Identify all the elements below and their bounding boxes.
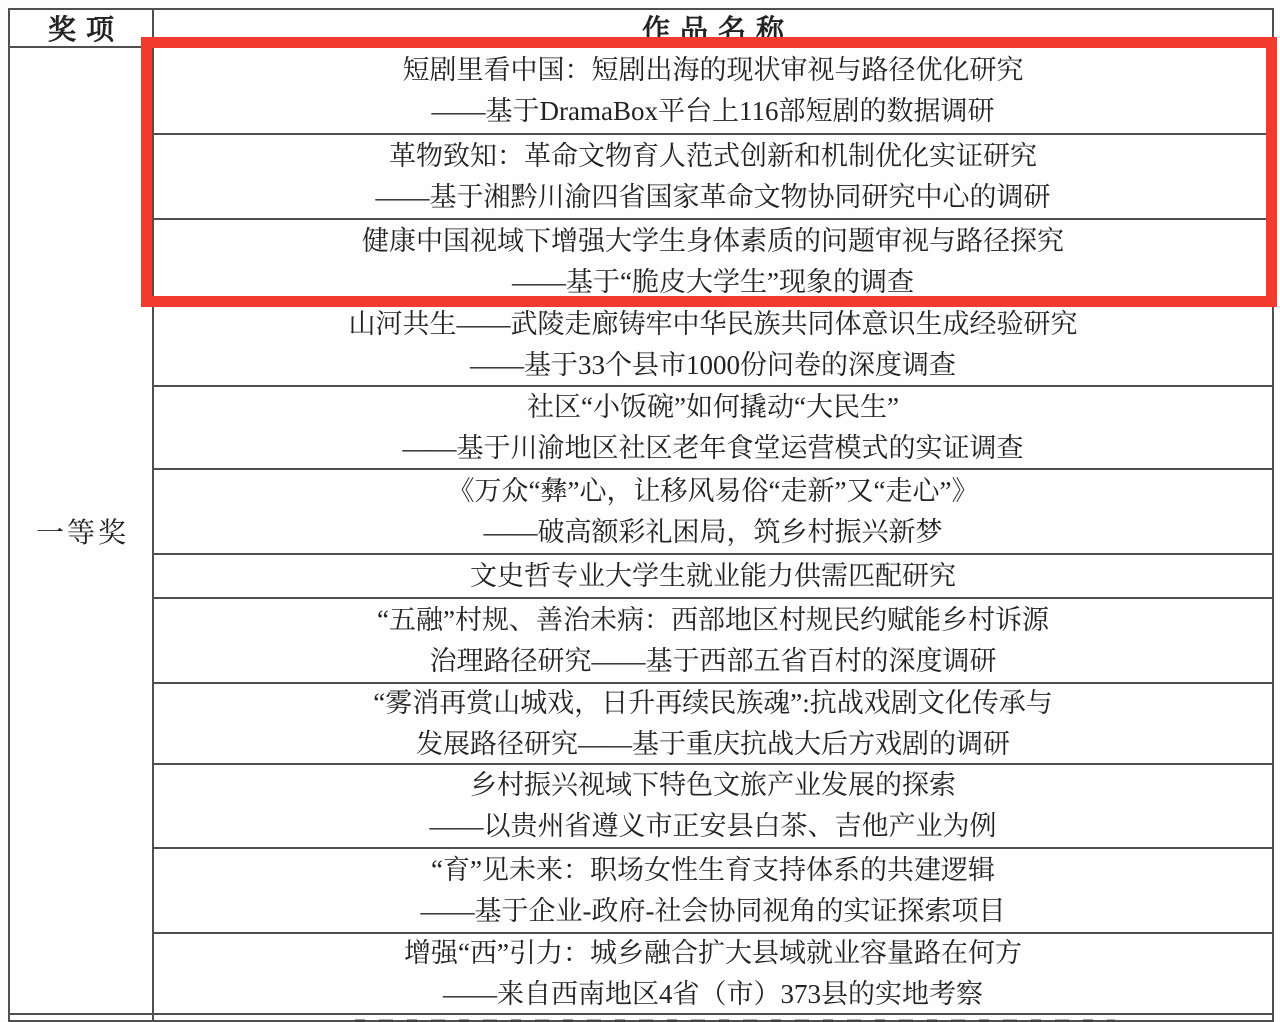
work-title-line: 健康中国视域下增强大学生身体素质的问题审视与路径探究 (362, 221, 1064, 262)
work-title-line: 乡村振兴视域下特色文旅产业发展的探索 (470, 765, 956, 806)
table-row: 乡村振兴视域下特色文旅产业发展的探索 ——以贵州省遵义市正安县白茶、吉他产业为例 (154, 765, 1272, 849)
table-row: 短剧里看中国：短剧出海的现状审视与路径优化研究 ——基于DramaBox平台上1… (154, 48, 1272, 135)
award-table: 奖项 作品名称 一等奖 短剧里看中国：短剧出海的现状审视与路径优化研究 ——基于… (8, 8, 1274, 1022)
work-subtitle-line: ——破高额彩礼困局，筑乡村振兴新梦 (484, 512, 943, 553)
table-row: “雾消再赏山城戏，日升再续民族魂”:抗战戏剧文化传承与 发展路径研究——基于重庆… (154, 684, 1272, 765)
table-row: 增强“西”引力：城乡融合扩大县域就业容量路在何方 ——来自西南地区4省（市）37… (154, 934, 1272, 1015)
table-row: 社区“小饭碗”如何撬动“大民生” ——基于川渝地区社区老年食堂运营模式的实证调查 (154, 387, 1272, 470)
work-title-line: 短剧里看中国：短剧出海的现状审视与路径优化研究 (403, 50, 1024, 91)
work-subtitle-line: ——基于33个县市1000份问卷的深度调查 (470, 345, 956, 386)
table-row: 《万众“彝”心，让移风易俗“走新”又“走心”》 ——破高额彩礼困局，筑乡村振兴新… (154, 470, 1272, 555)
table-row: 文史哲专业大学生就业能力供需匹配研究 (154, 555, 1272, 599)
work-title-line: 《万众“彝”心，让移风易俗“走新”又“走心”》 (448, 471, 979, 512)
work-title-line: 社区“小饭碗”如何撬动“大民生” (527, 387, 899, 428)
work-title-line: “育”见未来：职场女性生育支持体系的共建逻辑 (431, 850, 995, 891)
work-title-line: “五融”村规、善治未病：西部地区村规民约赋能乡村诉源 (377, 600, 1049, 641)
work-title-line: 山河共生——武陵走廊铸牢中华民族共同体意识生成经验研究 (349, 305, 1078, 345)
clipped-bottom-row (154, 1015, 1272, 1022)
work-subtitle-line: 发展路径研究——基于重庆抗战大后方戏剧的调研 (416, 724, 1010, 765)
work-title-line: 增强“西”引力：城乡融合扩大县域就业容量路在何方 (404, 934, 1022, 974)
document-page: 奖项 作品名称 一等奖 短剧里看中国：短剧出海的现状审视与路径优化研究 ——基于… (0, 0, 1280, 1022)
table-row: 健康中国视域下增强大学生身体素质的问题审视与路径探究 ——基于“脆皮大学生”现象… (154, 220, 1272, 305)
award-group-label: 一等奖 (10, 48, 154, 1015)
work-subtitle-line: ——基于DramaBox平台上116部短剧的数据调研 (432, 91, 995, 132)
work-subtitle-line: ——基于川渝地区社区老年食堂运营模式的实证调查 (403, 428, 1024, 469)
work-subtitle-line: ——以贵州省遵义市正安县白茶、吉他产业为例 (430, 806, 997, 847)
table-row: “育”见未来：职场女性生育支持体系的共建逻辑 ——基于企业-政府-社会协同视角的… (154, 849, 1272, 934)
award-column-partial-cell (10, 1015, 154, 1022)
work-subtitle-line: ——基于“脆皮大学生”现象的调查 (512, 262, 914, 303)
table-row: “五融”村规、善治未病：西部地区村规民约赋能乡村诉源 治理路径研究——基于西部五… (154, 599, 1272, 684)
header-works-column: 作品名称 (154, 10, 1272, 48)
work-subtitle-line: ——来自西南地区4省（市）373县的实地考察 (443, 974, 983, 1015)
work-subtitle-line: ——基于湘黔川渝四省国家革命文物协同研究中心的调研 (376, 177, 1051, 218)
header-award-column: 奖项 (10, 10, 154, 48)
table-row: 革物致知：革命文物育人范式创新和机制优化实证研究 ——基于湘黔川渝四省国家革命文… (154, 135, 1272, 220)
work-subtitle-line: 治理路径研究——基于西部五省百村的深度调研 (430, 641, 997, 682)
work-title-line: 文史哲专业大学生就业能力供需匹配研究 (470, 556, 956, 597)
table-row: 山河共生——武陵走廊铸牢中华民族共同体意识生成经验研究 ——基于33个县市100… (154, 305, 1272, 387)
work-title-line: “雾消再赏山城戏，日升再续民族魂”:抗战戏剧文化传承与 (373, 684, 1052, 724)
work-subtitle-line: ——基于企业-政府-社会协同视角的实证探索项目 (421, 891, 1006, 932)
work-title-line: 革物致知：革命文物育人范式创新和机制优化实证研究 (389, 136, 1037, 177)
